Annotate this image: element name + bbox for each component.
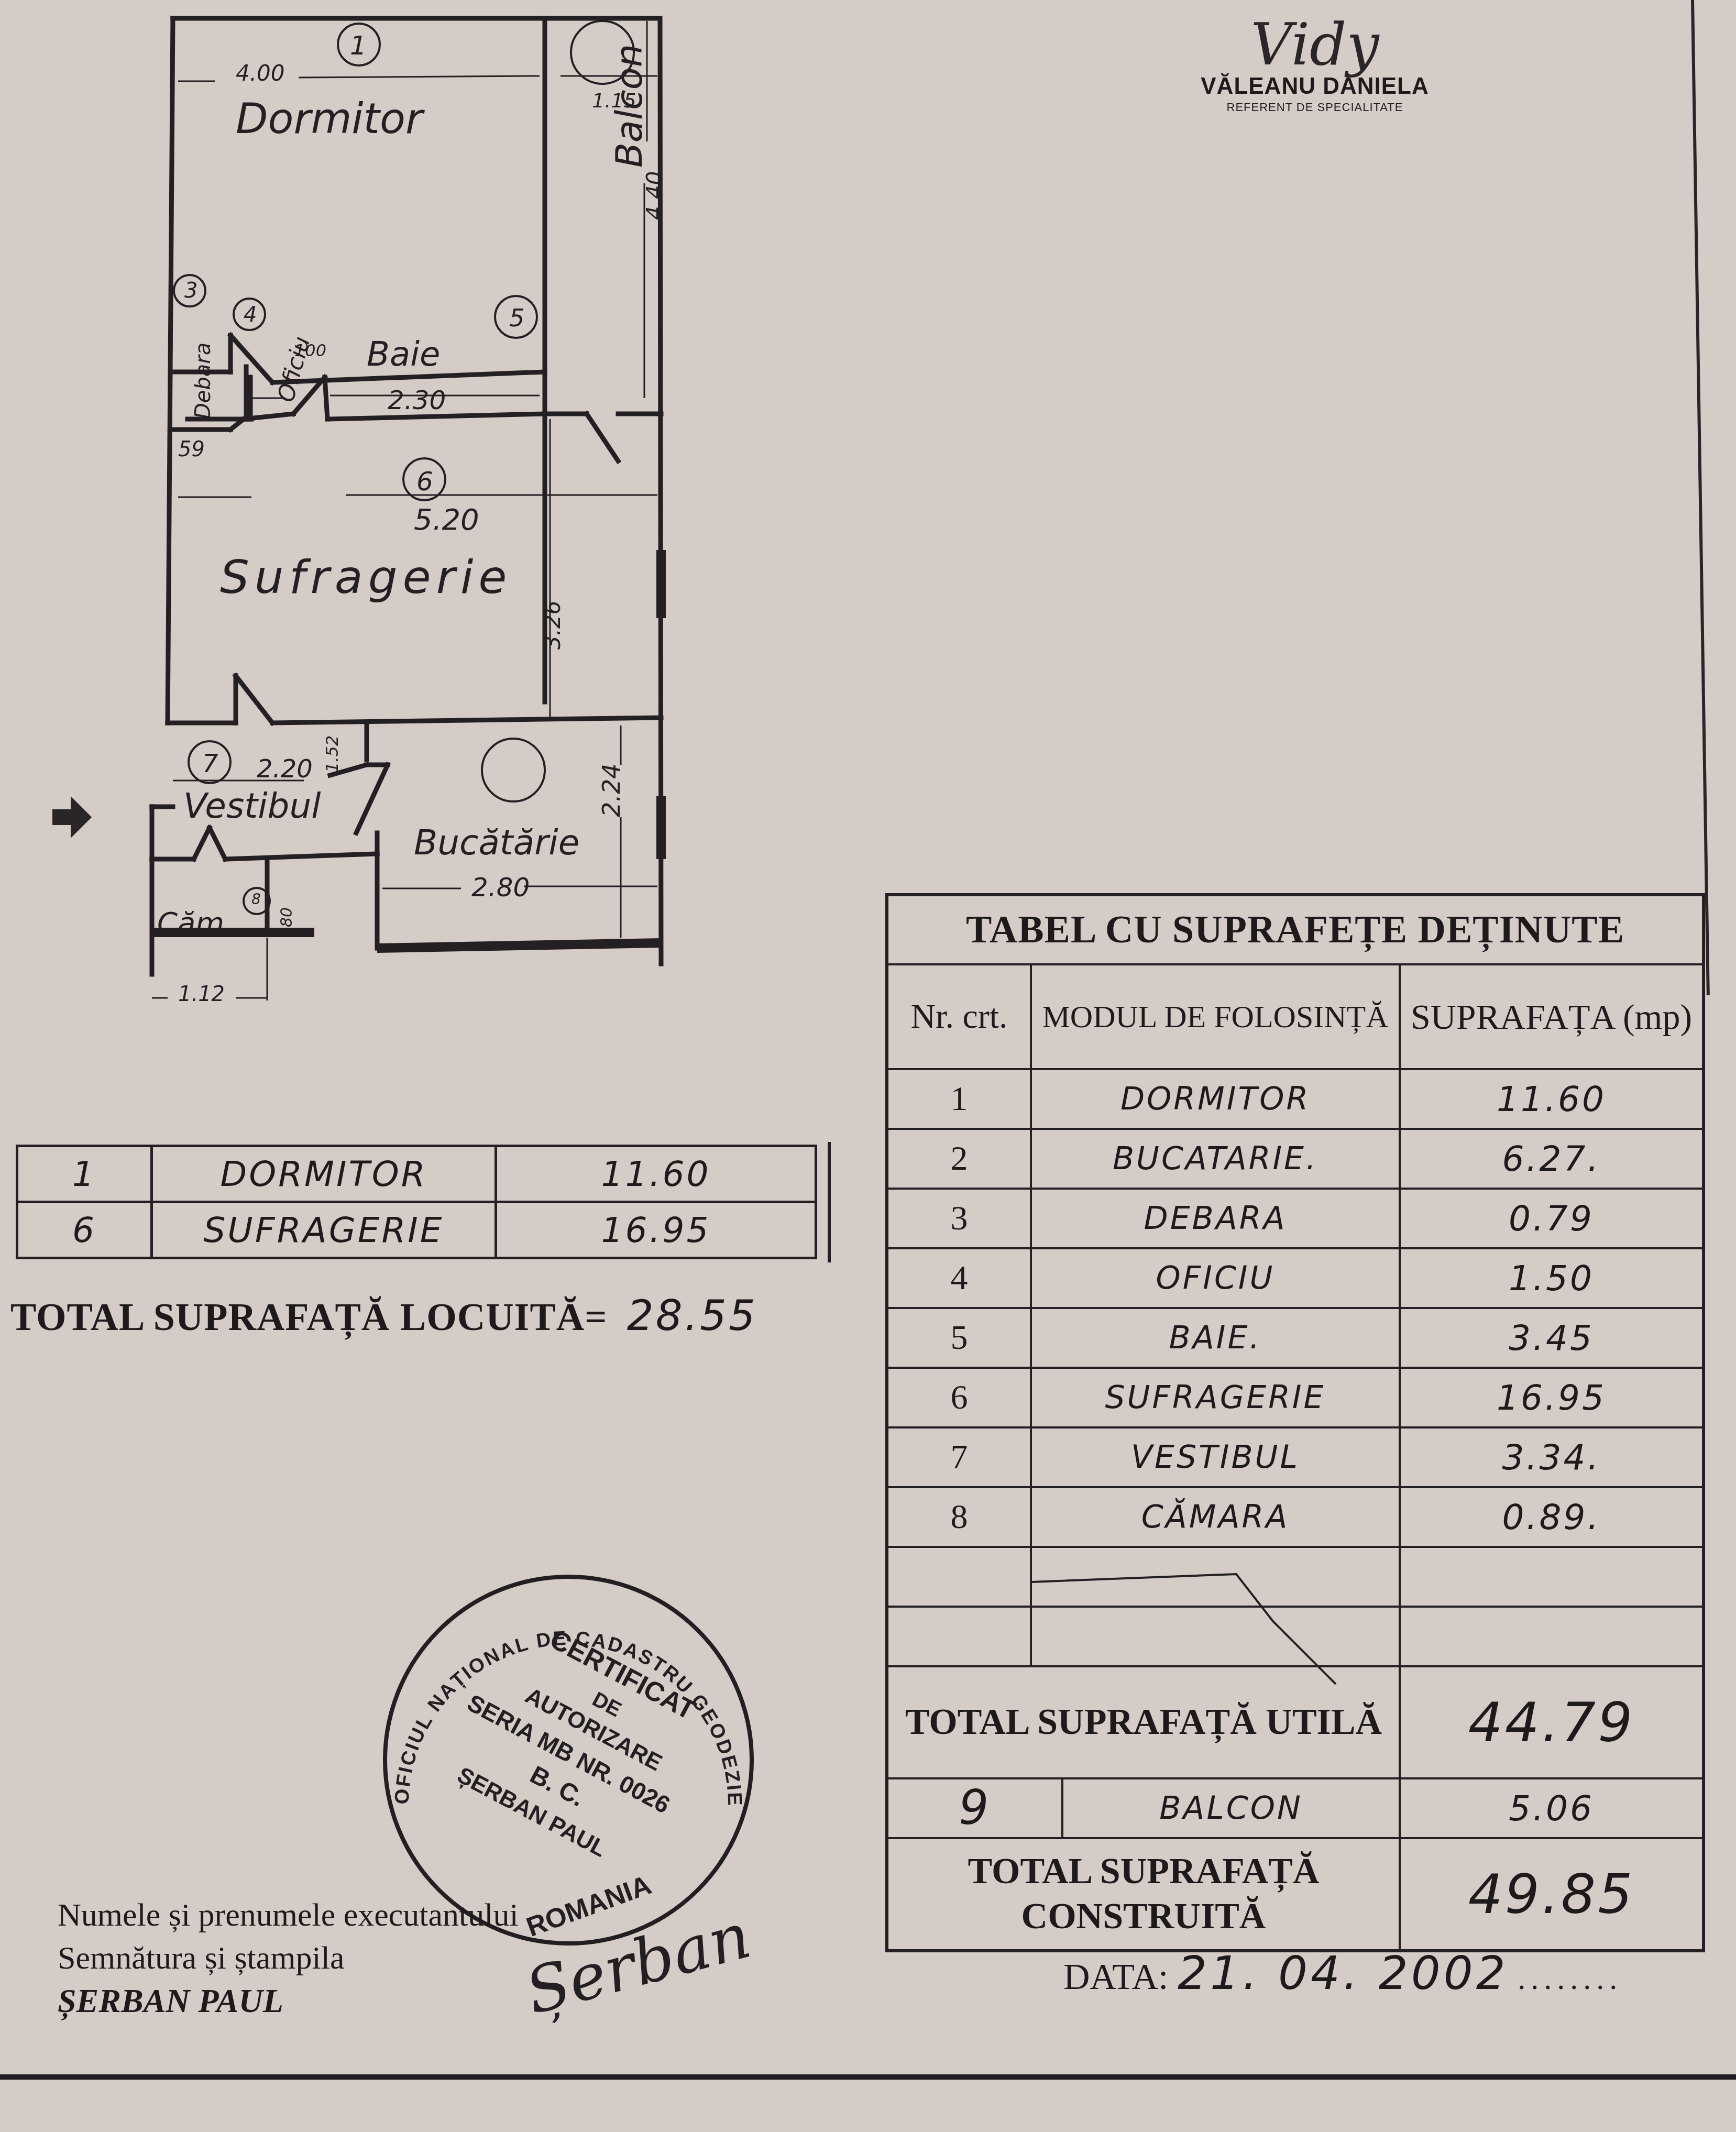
table-row: 4 OFICIU 1.50 <box>887 1248 1704 1308</box>
row-nr: 4 <box>887 1248 1031 1308</box>
room-label-vestibul: Vestibul <box>183 786 321 826</box>
room-dimension-2: 1.52 <box>322 735 342 773</box>
row-nr: 9 <box>888 1779 1063 1837</box>
table-title: TABEL CU SUPRAFEȚE DEȚINUTE <box>887 895 1704 964</box>
row-area: 3.34. <box>1400 1427 1704 1487</box>
room-dimension: 1.12 <box>178 982 225 1006</box>
signature-caption-2: Semnătura și ștampila <box>58 1937 519 1980</box>
approver-role: REFERENT DE SPECIALITATE <box>1189 101 1441 114</box>
row-area: 5.06 <box>1400 1778 1704 1838</box>
room-number: 8 <box>251 891 261 908</box>
row-name: DORMITOR <box>152 1146 496 1202</box>
page-right-border <box>1691 0 1710 995</box>
balcon-dimension: 4.40 <box>642 171 667 220</box>
living-total-value: 28.55 <box>627 1291 757 1340</box>
room-dimension: 2.20 <box>257 754 313 784</box>
room-label-baie: Baie <box>367 335 440 374</box>
row-mod: BUCATARIE. <box>1031 1129 1400 1189</box>
row-mod: DORMITOR <box>1031 1069 1400 1129</box>
row-nr: 1 <box>17 1146 152 1202</box>
row-area: 3.45 <box>1400 1308 1704 1368</box>
total-constr-value: 49.85 <box>1400 1838 1704 1951</box>
table-row: 5 BAIE. 3.45 <box>887 1308 1704 1368</box>
row-area: 1.50 <box>1400 1248 1704 1308</box>
floor-plan: 1 Dormitor 4.00 Balcon 4.40 1.15 3 Debar… <box>0 0 733 1021</box>
date-label: DATA: <box>1063 1957 1169 1997</box>
row-mod: DEBARA <box>1031 1189 1400 1248</box>
row-name: SUFRAGERIE <box>152 1202 496 1258</box>
table-row-empty <box>887 1547 1704 1607</box>
room-number: 6 <box>416 466 433 497</box>
row-mod: CĂMARA <box>1031 1487 1400 1547</box>
room-dimension: 100 <box>294 340 326 360</box>
room-dimension: 4.00 <box>236 60 285 86</box>
surfaces-table: TABEL CU SUPRAFEȚE DEȚINUTE Nr. crt. MOD… <box>885 893 1705 1952</box>
table-row: 2 BUCATARIE. 6.27. <box>887 1129 1704 1189</box>
row-nr: 5 <box>887 1308 1031 1368</box>
header-mod: MODUL DE FOLOSINȚĂ <box>1031 964 1400 1069</box>
balcon-row: 9 BALCON 5.06 <box>887 1778 1704 1838</box>
room-dimension: 2.30 <box>388 385 446 415</box>
room-label-camara: Căm. <box>157 906 234 940</box>
strike-line <box>1032 1558 1399 1679</box>
row-area: 16.95 <box>1400 1368 1704 1427</box>
row-nr: 1 <box>887 1069 1031 1129</box>
living-total-label: TOTAL SUPRAFAȚĂ LOCUITĂ= <box>10 1296 607 1339</box>
table-row: 7 VESTIBUL 3.34. <box>887 1427 1704 1487</box>
row-mod: BALCON <box>1063 1790 1399 1827</box>
balcon-dimension-2: 1.15 <box>592 89 636 112</box>
table-row: 1 DORMITOR 11.60 <box>887 1069 1704 1129</box>
table-row: 6 SUFRAGERIE 16.95 <box>887 1368 1704 1427</box>
room-dimension-2: 3.26 <box>540 600 565 650</box>
row-nr: 2 <box>887 1129 1031 1189</box>
signature-block: Numele și prenumele executantului Semnăt… <box>58 1894 519 2023</box>
table-row: 1 DORMITOR 11.60 <box>17 1146 816 1202</box>
entry-arrow-icon <box>52 796 92 838</box>
living-total: TOTAL SUPRAFAȚĂ LOCUITĂ= 28.55 <box>10 1291 757 1340</box>
row-area: 6.27. <box>1400 1129 1704 1189</box>
date-value: 21. 04. 2002 <box>1178 1946 1509 2000</box>
header-area: SUPRAFAȚA (mp) <box>1400 964 1704 1069</box>
room-label-sufragerie: Sufragerie <box>220 550 512 604</box>
room-dimension-2: 2.24 <box>597 764 625 817</box>
row-area <box>1400 1547 1704 1607</box>
executant-name: ȘERBAN PAUL <box>58 1980 519 2023</box>
room-label-debara: Debara <box>191 343 215 419</box>
room-number: 5 <box>509 304 524 332</box>
row-area: 11.60 <box>496 1146 816 1202</box>
row-mod: OFICIU <box>1031 1248 1400 1308</box>
date-dotted-line: ........ <box>1518 1961 1622 1996</box>
table-edge-line <box>828 1142 831 1262</box>
signature-caption-1: Numele și prenumele executantului <box>58 1894 519 1937</box>
table-row: 8 CĂMARA 0.89. <box>887 1487 1704 1547</box>
header-nr: Nr. crt. <box>887 964 1031 1069</box>
room-number: 7 <box>202 749 218 778</box>
row-nr: 8 <box>887 1487 1031 1547</box>
row-nr <box>887 1547 1031 1607</box>
table-row: 6 SUFRAGERIE 16.95 <box>17 1202 816 1258</box>
room-label-dormitor: Dormitor <box>236 94 423 143</box>
room-label-bucatarie: Bucătărie <box>414 822 579 863</box>
row-area: 16.95 <box>496 1202 816 1258</box>
date-field: DATA: 21. 04. 2002 ........ <box>1063 1946 1622 2000</box>
row-area <box>1400 1607 1704 1666</box>
approver-signature: Vidy <box>1189 16 1441 73</box>
row-nr: 3 <box>887 1189 1031 1248</box>
row-nr: 6 <box>887 1368 1031 1427</box>
total-constr-label: TOTAL SUPRAFAȚĂ CONSTRUITĂ <box>887 1838 1400 1951</box>
living-area-table: 1 DORMITOR 11.60 6 SUFRAGERIE 16.95 <box>16 1145 817 1259</box>
room-number: 1 <box>350 30 367 61</box>
row-nr <box>887 1607 1031 1666</box>
room-number: 4 <box>244 303 257 327</box>
total-util-value: 44.79 <box>1400 1666 1704 1778</box>
row-area: 0.89. <box>1400 1487 1704 1547</box>
row-mod-crossed <box>1031 1547 1400 1607</box>
total-util-label: TOTAL SUPRAFAȚĂ UTILĂ <box>887 1666 1400 1778</box>
room-number: 3 <box>184 279 197 303</box>
row-mod: BAIE. <box>1031 1308 1400 1368</box>
room-dimension-2: 80 <box>278 907 296 927</box>
room-dimension: 5.20 <box>414 503 479 537</box>
row-area: 11.60 <box>1400 1069 1704 1129</box>
table-row: 3 DEBARA 0.79 <box>887 1189 1704 1248</box>
room-dimension: 59 <box>178 437 205 461</box>
approver-stamp: Vidy VĂLEANU DANIELA REFERENT DE SPECIAL… <box>1189 16 1441 114</box>
row-nr: 7 <box>887 1427 1031 1487</box>
row-area: 0.79 <box>1400 1189 1704 1248</box>
row-nr: 6 <box>17 1202 152 1258</box>
room-dimension: 2.80 <box>471 872 530 903</box>
row-mod: VESTIBUL <box>1031 1427 1400 1487</box>
row-mod: SUFRAGERIE <box>1031 1368 1400 1427</box>
page-bottom-rule <box>0 2074 1736 2080</box>
approver-name: VĂLEANU DANIELA <box>1189 73 1441 100</box>
